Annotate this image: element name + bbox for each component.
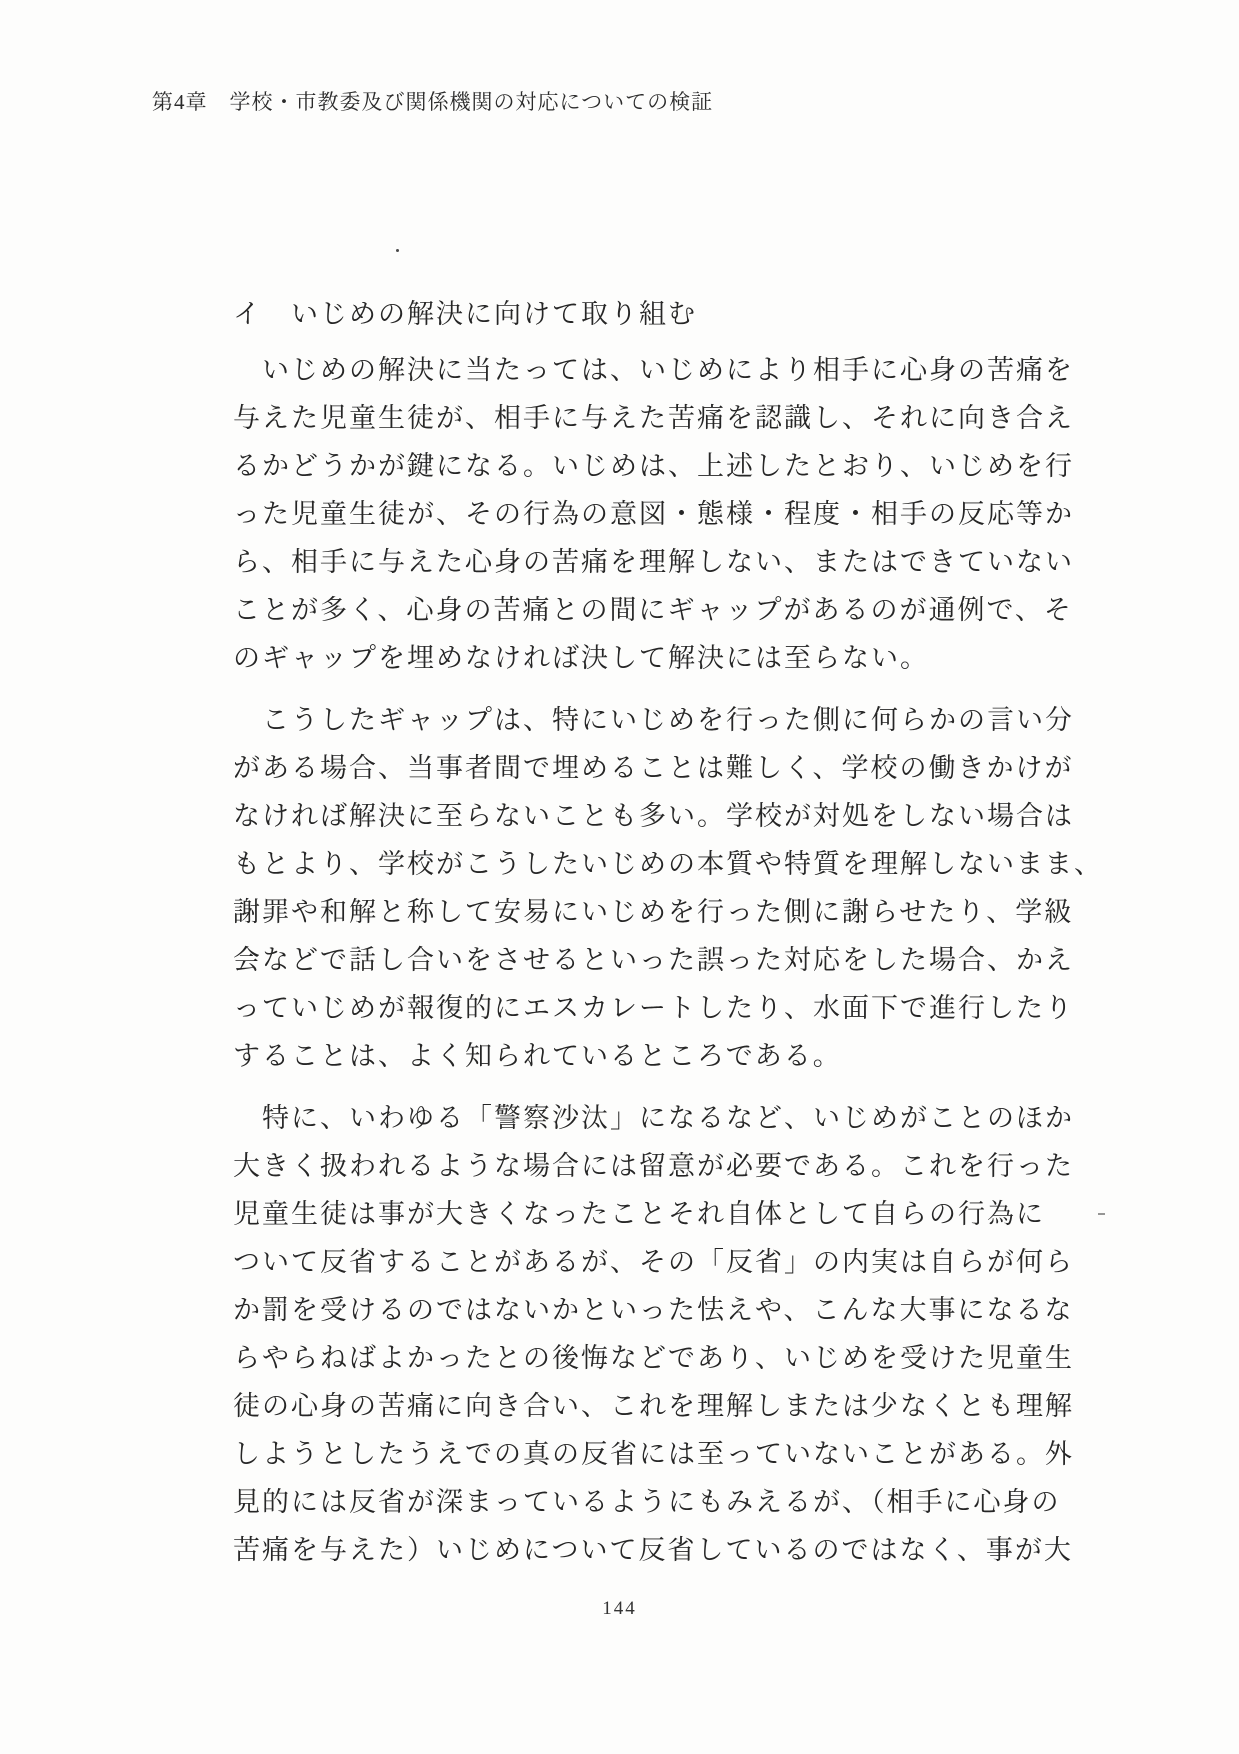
- text-line: のギャップを埋めなければ決して解決には至らない。: [233, 634, 1133, 682]
- text-line: 特に、いわゆる「警察沙汰」になるなど、いじめがことのほか: [233, 1094, 1133, 1142]
- section-heading: イ いじめの解決に向けて取り組む: [233, 290, 697, 338]
- text-line: ことが多く、心身の苦痛との間にギャップがあるのが通例で、そ: [233, 586, 1133, 634]
- text-line: 児童生徒は事が大きくなったことそれ自体として自らの行為に: [233, 1190, 1133, 1238]
- text-line: 大きく扱われるような場合には留意が必要である。これを行った: [233, 1142, 1133, 1190]
- text-line: るかどうかが鍵になる。いじめは、上述したとおり、いじめを行: [233, 442, 1133, 490]
- text-line: 徒の心身の苦痛に向き合い、これを理解しまたは少なくとも理解: [233, 1382, 1133, 1430]
- paragraph: 特に、いわゆる「警察沙汰」になるなど、いじめがことのほか 大きく扱われるような場…: [233, 1094, 1133, 1574]
- text-line: しようとしたうえでの真の反省には至っていないことがある。外: [233, 1430, 1133, 1478]
- text-line: することは、よく知られているところである。: [233, 1032, 1133, 1080]
- scan-artifact-dot: [396, 249, 399, 252]
- text-line: 会などで話し合いをさせるといった誤った対応をした場合、かえ: [233, 936, 1133, 984]
- text-line: 苦痛を与えた）いじめについて反省しているのではなく、事が大: [233, 1526, 1133, 1574]
- scan-artifact-dash: [1098, 1213, 1105, 1215]
- text-line: がある場合、当事者間で埋めることは難しく、学校の働きかけが: [233, 744, 1133, 792]
- text-line: ついて反省することがあるが、その「反省」の内実は自らが何ら: [233, 1238, 1133, 1286]
- text-line: らやらねばよかったとの後悔などであり、いじめを受けた児童生: [233, 1334, 1133, 1382]
- paragraph: いじめの解決に当たっては、いじめにより相手に心身の苦痛を 与えた児童生徒が、相手…: [233, 346, 1133, 682]
- text-line: っていじめが報復的にエスカレートしたり、水面下で進行したり: [233, 984, 1133, 1032]
- text-line: か罰を受けるのではないかといった怯えや、こんな大事になるな: [233, 1286, 1133, 1334]
- text-line: こうしたギャップは、特にいじめを行った側に何らかの言い分: [233, 696, 1133, 744]
- paragraph: こうしたギャップは、特にいじめを行った側に何らかの言い分 がある場合、当事者間で…: [233, 696, 1133, 1080]
- text-line: 謝罪や和解と称して安易にいじめを行った側に謝らせたり、学級: [233, 888, 1133, 936]
- text-line: ら、相手に与えた心身の苦痛を理解しない、またはできていない: [233, 538, 1133, 586]
- text-line: 与えた児童生徒が、相手に与えた苦痛を認識し、それに向き合え: [233, 394, 1133, 442]
- text-line: った児童生徒が、その行為の意図・態様・程度・相手の反応等か: [233, 490, 1133, 538]
- chapter-header: 第4章 学校・市教委及び関係機関の対応についての検証: [152, 86, 713, 116]
- document-page: 第4章 学校・市教委及び関係機関の対応についての検証 イ いじめの解決に向けて取…: [0, 0, 1239, 1754]
- text-line: なければ解決に至らないことも多い。学校が対処をしない場合は: [233, 792, 1133, 840]
- text-line: 見的には反省が深まっているようにもみえるが、（相手に心身の: [233, 1478, 1133, 1526]
- text-line: もとより、学校がこうしたいじめの本質や特質を理解しないまま、: [233, 840, 1133, 888]
- page-number: 144: [0, 1598, 1239, 1620]
- text-line: いじめの解決に当たっては、いじめにより相手に心身の苦痛を: [233, 346, 1133, 394]
- body-text: いじめの解決に当たっては、いじめにより相手に心身の苦痛を 与えた児童生徒が、相手…: [233, 346, 1133, 1588]
